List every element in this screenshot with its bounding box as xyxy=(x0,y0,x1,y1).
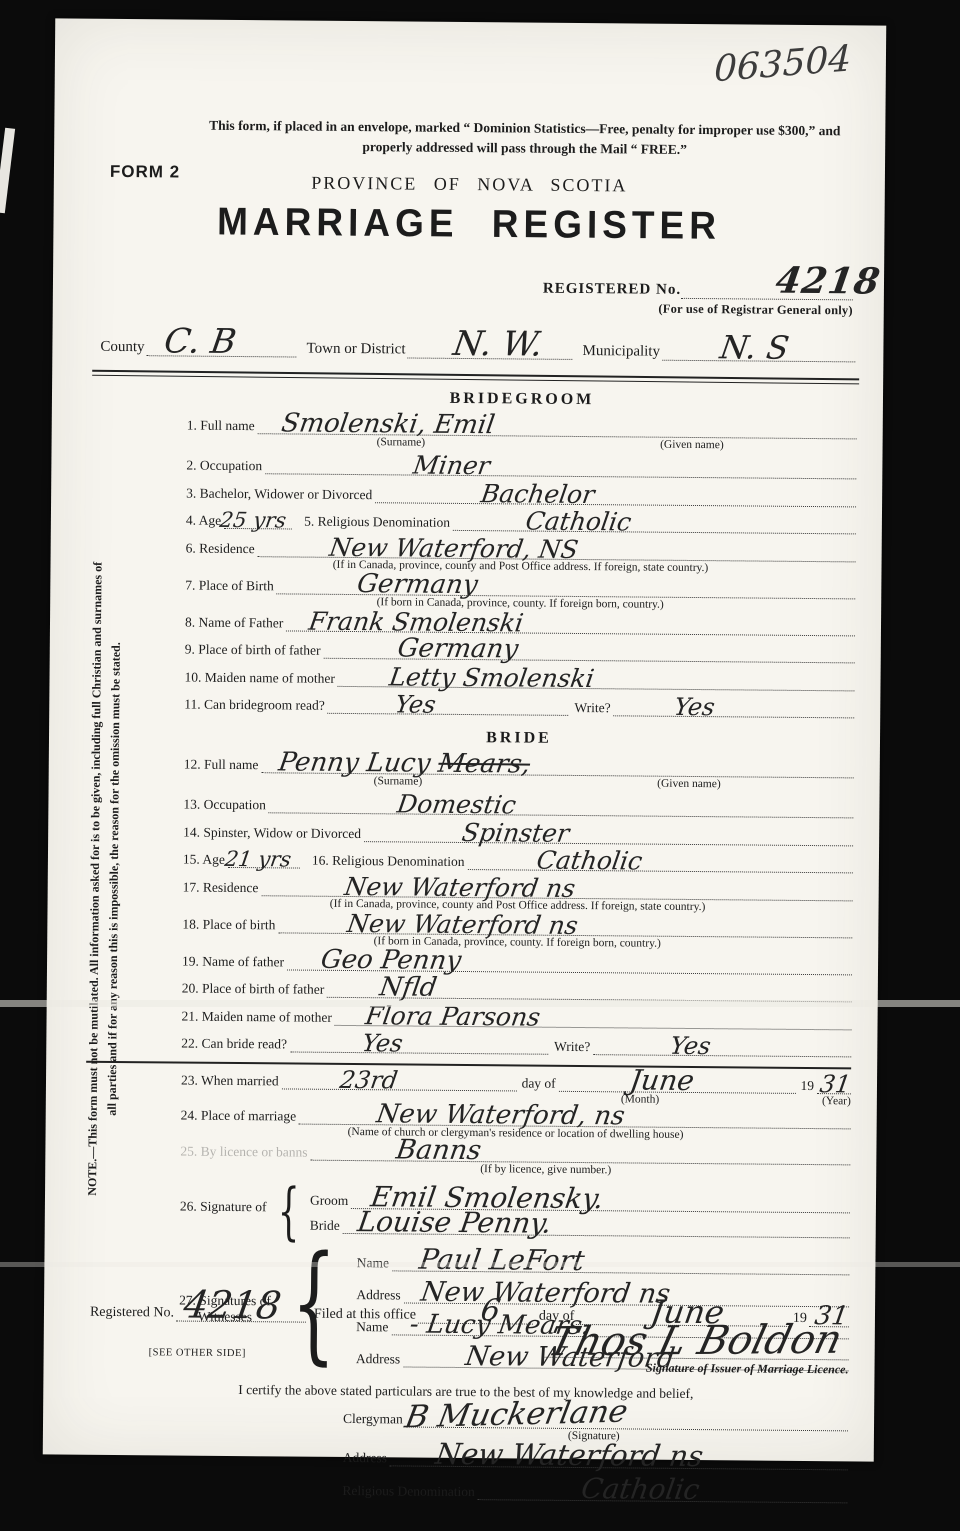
write-groom-value: Yes xyxy=(672,695,716,719)
mailing-notice: This form, if placed in an envelope, mar… xyxy=(204,116,845,161)
clergyman-label: Clergyman xyxy=(343,1411,406,1428)
witness1-address-label: Address xyxy=(356,1287,403,1303)
marriage-register-document: 063504 This form, if placed in an envelo… xyxy=(43,18,886,1461)
father-bride-value: Geo Penny xyxy=(319,946,463,973)
father-birthplace-groom-label: 9. Place of birth of father xyxy=(185,642,324,659)
mother-groom-line: Letty Smolenski xyxy=(338,670,855,691)
signature-of-column: Groom Emil Smolensky. Bride Louise Penny… xyxy=(310,1184,850,1245)
read-bride-value: Yes xyxy=(361,1031,405,1055)
denomination-groom-line: Catholic xyxy=(453,515,856,535)
year-prefix: 19 xyxy=(795,1078,817,1094)
groom-signature-label: Groom xyxy=(310,1193,351,1209)
clergy-address-row: Address New Waterford ns xyxy=(343,1450,848,1470)
field-marital-status-groom: 3. Bachelor, Widower or Divorced Bachelo… xyxy=(186,485,856,507)
father-groom-value: Frank Smolenski xyxy=(307,608,525,635)
field-literacy-groom: 11. Can bridegroom read? Yes Write? Yes xyxy=(184,697,854,719)
field-literacy-bride: 22. Can bride read? Yes Write? Yes xyxy=(181,1036,851,1058)
licence-or-banns-label: 25. By licence or banns xyxy=(180,1144,310,1161)
form-number-label: FORM 2 xyxy=(110,162,180,183)
age-bride-value: 21 yrs xyxy=(224,849,293,871)
issuer-signature-value: Thos L Boldon xyxy=(544,1320,846,1362)
field-father-bride: 19. Name of father Geo Penny xyxy=(182,953,852,975)
denomination-groom-label: 5. Religious Denomination xyxy=(292,513,453,530)
town-label: Town or District xyxy=(297,341,408,359)
father-groom-line: Frank Smolenski xyxy=(286,615,855,636)
clergy-address-value: New Waterford ns xyxy=(434,1440,706,1471)
read-bride-label: 22. Can bride read? xyxy=(181,1036,290,1053)
field-father-birthplace-groom: 9. Place of birth of father Germany xyxy=(185,642,855,664)
scanner-edge-artifact xyxy=(0,128,15,214)
when-married-month-line: June xyxy=(559,1076,796,1094)
municipality-label: Municipality xyxy=(572,343,662,361)
denomination-bride-label: 16. Religious Denomination xyxy=(300,853,468,870)
marriage-section-rule xyxy=(86,1061,851,1070)
mother-bride-line: Flora Parsons xyxy=(335,1009,852,1030)
write-groom-label: Write? xyxy=(568,700,613,716)
marital-status-groom-label: 3. Bachelor, Widower or Divorced xyxy=(186,485,375,503)
mother-groom-value: Letty Smolenski xyxy=(388,664,596,691)
municipality-line: N. S xyxy=(662,344,856,363)
occupation-groom-label: 2. Occupation xyxy=(186,458,265,475)
field-full-name-groom: 1. Full name Smolenski, Emil xyxy=(187,417,857,439)
location-row: County C. B Town or District N. W. Munic… xyxy=(100,339,855,363)
issuer-signature-line: Thos L Boldon xyxy=(544,1339,849,1361)
filing-registered-line: 4218 xyxy=(176,1306,306,1323)
birthplace-bride-value: New Waterford ns xyxy=(345,910,579,937)
father-birthplace-groom-value: Germany xyxy=(396,635,520,662)
clergyman-signature-value: B Muckerlane xyxy=(402,1396,630,1433)
father-birthplace-groom-line: Germany xyxy=(323,643,854,664)
birthplace-groom-label: 7. Place of Birth xyxy=(185,577,277,594)
scan-fold-streak-upper xyxy=(0,1000,960,1007)
father-bride-label: 19. Name of father xyxy=(182,953,287,970)
birthplace-groom-line: Germany xyxy=(277,578,856,599)
full-name-bride-line: Penny Lucy Mears, xyxy=(261,757,853,778)
issuer-block: Thos L Boldon Signature of Issuer of Mar… xyxy=(543,1339,848,1378)
clergy-address-label: Address xyxy=(343,1450,390,1466)
licence-or-banns-value: Banns xyxy=(395,1136,484,1164)
bride-signature-line: Louise Penny. xyxy=(343,1218,850,1238)
when-married-day-value: 23rd xyxy=(339,1068,400,1092)
clergy-denomination-label: Religious Denomination xyxy=(342,1483,478,1500)
age-groom-line: 25 yrs xyxy=(224,513,292,530)
full-name-groom-line: Smolenski, Emil xyxy=(258,418,857,439)
when-married-label: 23. When married xyxy=(181,1073,282,1090)
occupation-bride-label: 13. Occupation xyxy=(183,797,269,814)
registered-no-label: REGISTERED No. xyxy=(543,281,681,299)
serial-stamp-number: 063504 xyxy=(713,41,851,88)
day-of-label: day of xyxy=(517,1075,559,1091)
full-name-bride-label: 12. Full name xyxy=(184,756,262,773)
county-value: C. B xyxy=(162,324,238,359)
signature-of-group: 26. Signature of Groom Emil Smolensky. B… xyxy=(180,1183,850,1245)
field-occupation-groom: 2. Occupation Miner xyxy=(186,458,856,480)
county-label: County xyxy=(100,339,146,356)
when-married-day-line: 23rd xyxy=(282,1073,517,1091)
when-married-year-line: 31 xyxy=(817,1078,851,1094)
when-married-year-value: 31 xyxy=(819,1072,853,1096)
registrar-general-caption: (For use of Registrar General only) xyxy=(543,301,853,319)
full-name-groom-value: Smolenski, Emil xyxy=(280,410,497,438)
residence-bride-value: New Waterford ns xyxy=(342,873,576,900)
clergyman-row: Clergyman B Muckerlane xyxy=(343,1411,848,1431)
read-groom-value: Yes xyxy=(393,692,437,716)
town-line: N. W. xyxy=(407,341,572,359)
field-age-denomination-groom: 4. Age 25 yrs 5. Religious Denomination … xyxy=(186,513,856,535)
occupation-groom-line: Miner xyxy=(265,458,856,479)
clergy-denomination-line: Catholic xyxy=(478,1484,848,1503)
birthplace-bride-label: 18. Place of birth xyxy=(182,916,278,933)
birthplace-bride-line: New Waterford ns xyxy=(278,917,852,938)
witness1-address-line: New Waterford ns xyxy=(404,1287,850,1307)
full-name-bride-kept: Penny Lucy xyxy=(277,747,441,778)
occupation-groom-value: Miner xyxy=(411,453,491,479)
residence-groom-label: 6. Residence xyxy=(186,540,258,557)
place-of-marriage-value: New Waterford, ns xyxy=(374,1101,626,1129)
field-marital-status-bride: 14. Spinster, Widow or Divorced Spinster xyxy=(183,824,853,846)
denomination-bride-value: Catholic xyxy=(535,848,644,874)
read-groom-line: Yes xyxy=(328,698,569,716)
town-value: N. W. xyxy=(451,327,545,362)
marital-status-bride-label: 14. Spinster, Widow or Divorced xyxy=(183,824,364,842)
clergy-denomination-row: Religious Denomination Catholic xyxy=(342,1483,847,1503)
residence-groom-line: New Waterford, NS xyxy=(258,541,856,562)
filed-day-value: 6 xyxy=(479,1296,503,1326)
see-other-side-label: [SEE OTHER SIDE] xyxy=(149,1347,246,1359)
residence-bride-line: New Waterford ns xyxy=(261,880,852,901)
field-full-name-bride: 12. Full name Penny Lucy Mears, xyxy=(184,756,854,778)
field-mother-groom: 10. Maiden name of mother Letty Smolensk… xyxy=(184,669,854,691)
full-name-bride-struck: Mears, xyxy=(437,748,533,779)
signature-of-label: 26. Signature of xyxy=(180,1183,267,1240)
witness1-address-row: Address New Waterford ns xyxy=(356,1287,849,1307)
registered-no-line: 4218 xyxy=(681,282,853,300)
place-of-marriage-label: 24. Place of marriage xyxy=(181,1108,300,1125)
mother-bride-label: 21. Maiden name of mother xyxy=(182,1008,335,1025)
document-title: MARRIAGE REGISTER xyxy=(53,198,884,249)
father-birthplace-bride-value: Nfld xyxy=(378,974,439,1000)
father-bride-line: Geo Penny xyxy=(287,954,852,975)
registered-number-block: REGISTERED No. 4218 (For use of Registra… xyxy=(543,281,853,319)
read-bride-line: Yes xyxy=(290,1036,548,1054)
field-occupation-bride: 13. Occupation Domestic xyxy=(183,797,853,819)
filed-at-office-label: Filed at this office xyxy=(306,1307,418,1324)
clergyman-signature-line: B Muckerlane xyxy=(406,1411,848,1431)
residence-groom-value: New Waterford, NS xyxy=(328,534,580,561)
given-name-caption: (Given name) xyxy=(660,438,724,451)
bride-signature-row: Bride Louise Penny. xyxy=(310,1218,850,1239)
mother-groom-label: 10. Maiden name of mother xyxy=(184,669,337,686)
marital-status-bride-line: Spinster xyxy=(364,826,853,846)
write-groom-line: Yes xyxy=(614,700,855,718)
father-groom-label: 8. Name of Father xyxy=(185,614,286,631)
marital-status-bride-value: Spinster xyxy=(460,819,571,845)
write-bride-line: Yes xyxy=(593,1039,851,1057)
field-mother-bride: 21. Maiden name of mother Flora Parsons xyxy=(182,1008,852,1030)
denomination-groom-value: Catholic xyxy=(524,509,633,535)
bride-signature-value: Louise Penny. xyxy=(356,1208,554,1238)
licence-caption: (If by licence, give number.) xyxy=(480,1163,611,1176)
given-name-caption-bride: (Given name) xyxy=(657,777,721,790)
scan-fold-streak-lower xyxy=(0,1262,960,1267)
birthplace-groom-value: Germany xyxy=(356,571,480,598)
father-birthplace-bride-label: 20. Place of birth of father xyxy=(182,981,328,998)
clergy-block: Clergyman B Muckerlane (Signature) Addre… xyxy=(342,1411,848,1503)
filing-registered-value: 4218 xyxy=(181,1286,283,1325)
age-groom-value: 25 yrs xyxy=(219,510,288,532)
full-name-bride-value: Penny Lucy Mears, xyxy=(277,749,532,777)
place-of-marriage-line: New Waterford, ns xyxy=(299,1109,851,1130)
witness1-name-value: Paul LeFort xyxy=(417,1245,586,1274)
clergy-denomination-value: Catholic xyxy=(579,1475,701,1504)
side-note: NOTE.—This form must not be mutilated. A… xyxy=(83,561,126,1197)
occupation-bride-line: Domestic xyxy=(269,797,854,818)
write-bride-value: Yes xyxy=(669,1034,713,1058)
registered-no-value: 4218 xyxy=(773,263,883,300)
residence-bride-label: 17. Residence xyxy=(183,879,262,896)
clergy-address-line: New Waterford ns xyxy=(390,1450,848,1470)
age-bride-line: 21 yrs xyxy=(228,852,300,869)
read-groom-label: 11. Can bridegroom read? xyxy=(184,697,328,714)
age-bride-label: 15. Age xyxy=(183,852,228,868)
filed-day-line: 6 xyxy=(418,1308,533,1325)
write-bride-label: Write? xyxy=(548,1039,593,1055)
occupation-bride-value: Domestic xyxy=(396,791,518,817)
when-married-month-value: June xyxy=(628,1066,696,1095)
marital-status-groom-line: Bachelor xyxy=(375,487,856,507)
witness2-address-label: Address xyxy=(356,1351,403,1367)
filing-registered-label: Registered No. xyxy=(90,1305,176,1322)
county-line: C. B xyxy=(147,339,297,357)
municipality-value: N. S xyxy=(718,331,791,364)
marital-status-groom-value: Bachelor xyxy=(479,481,596,507)
field-age-denomination-bride: 15. Age 21 yrs 16. Religious Denominatio… xyxy=(183,852,853,874)
witness1-address-value: New Waterford ns xyxy=(420,1278,673,1307)
full-name-groom-label: 1. Full name xyxy=(187,417,258,434)
denomination-bride-line: Catholic xyxy=(467,854,852,873)
field-father-groom: 8. Name of Father Frank Smolenski xyxy=(185,614,855,636)
